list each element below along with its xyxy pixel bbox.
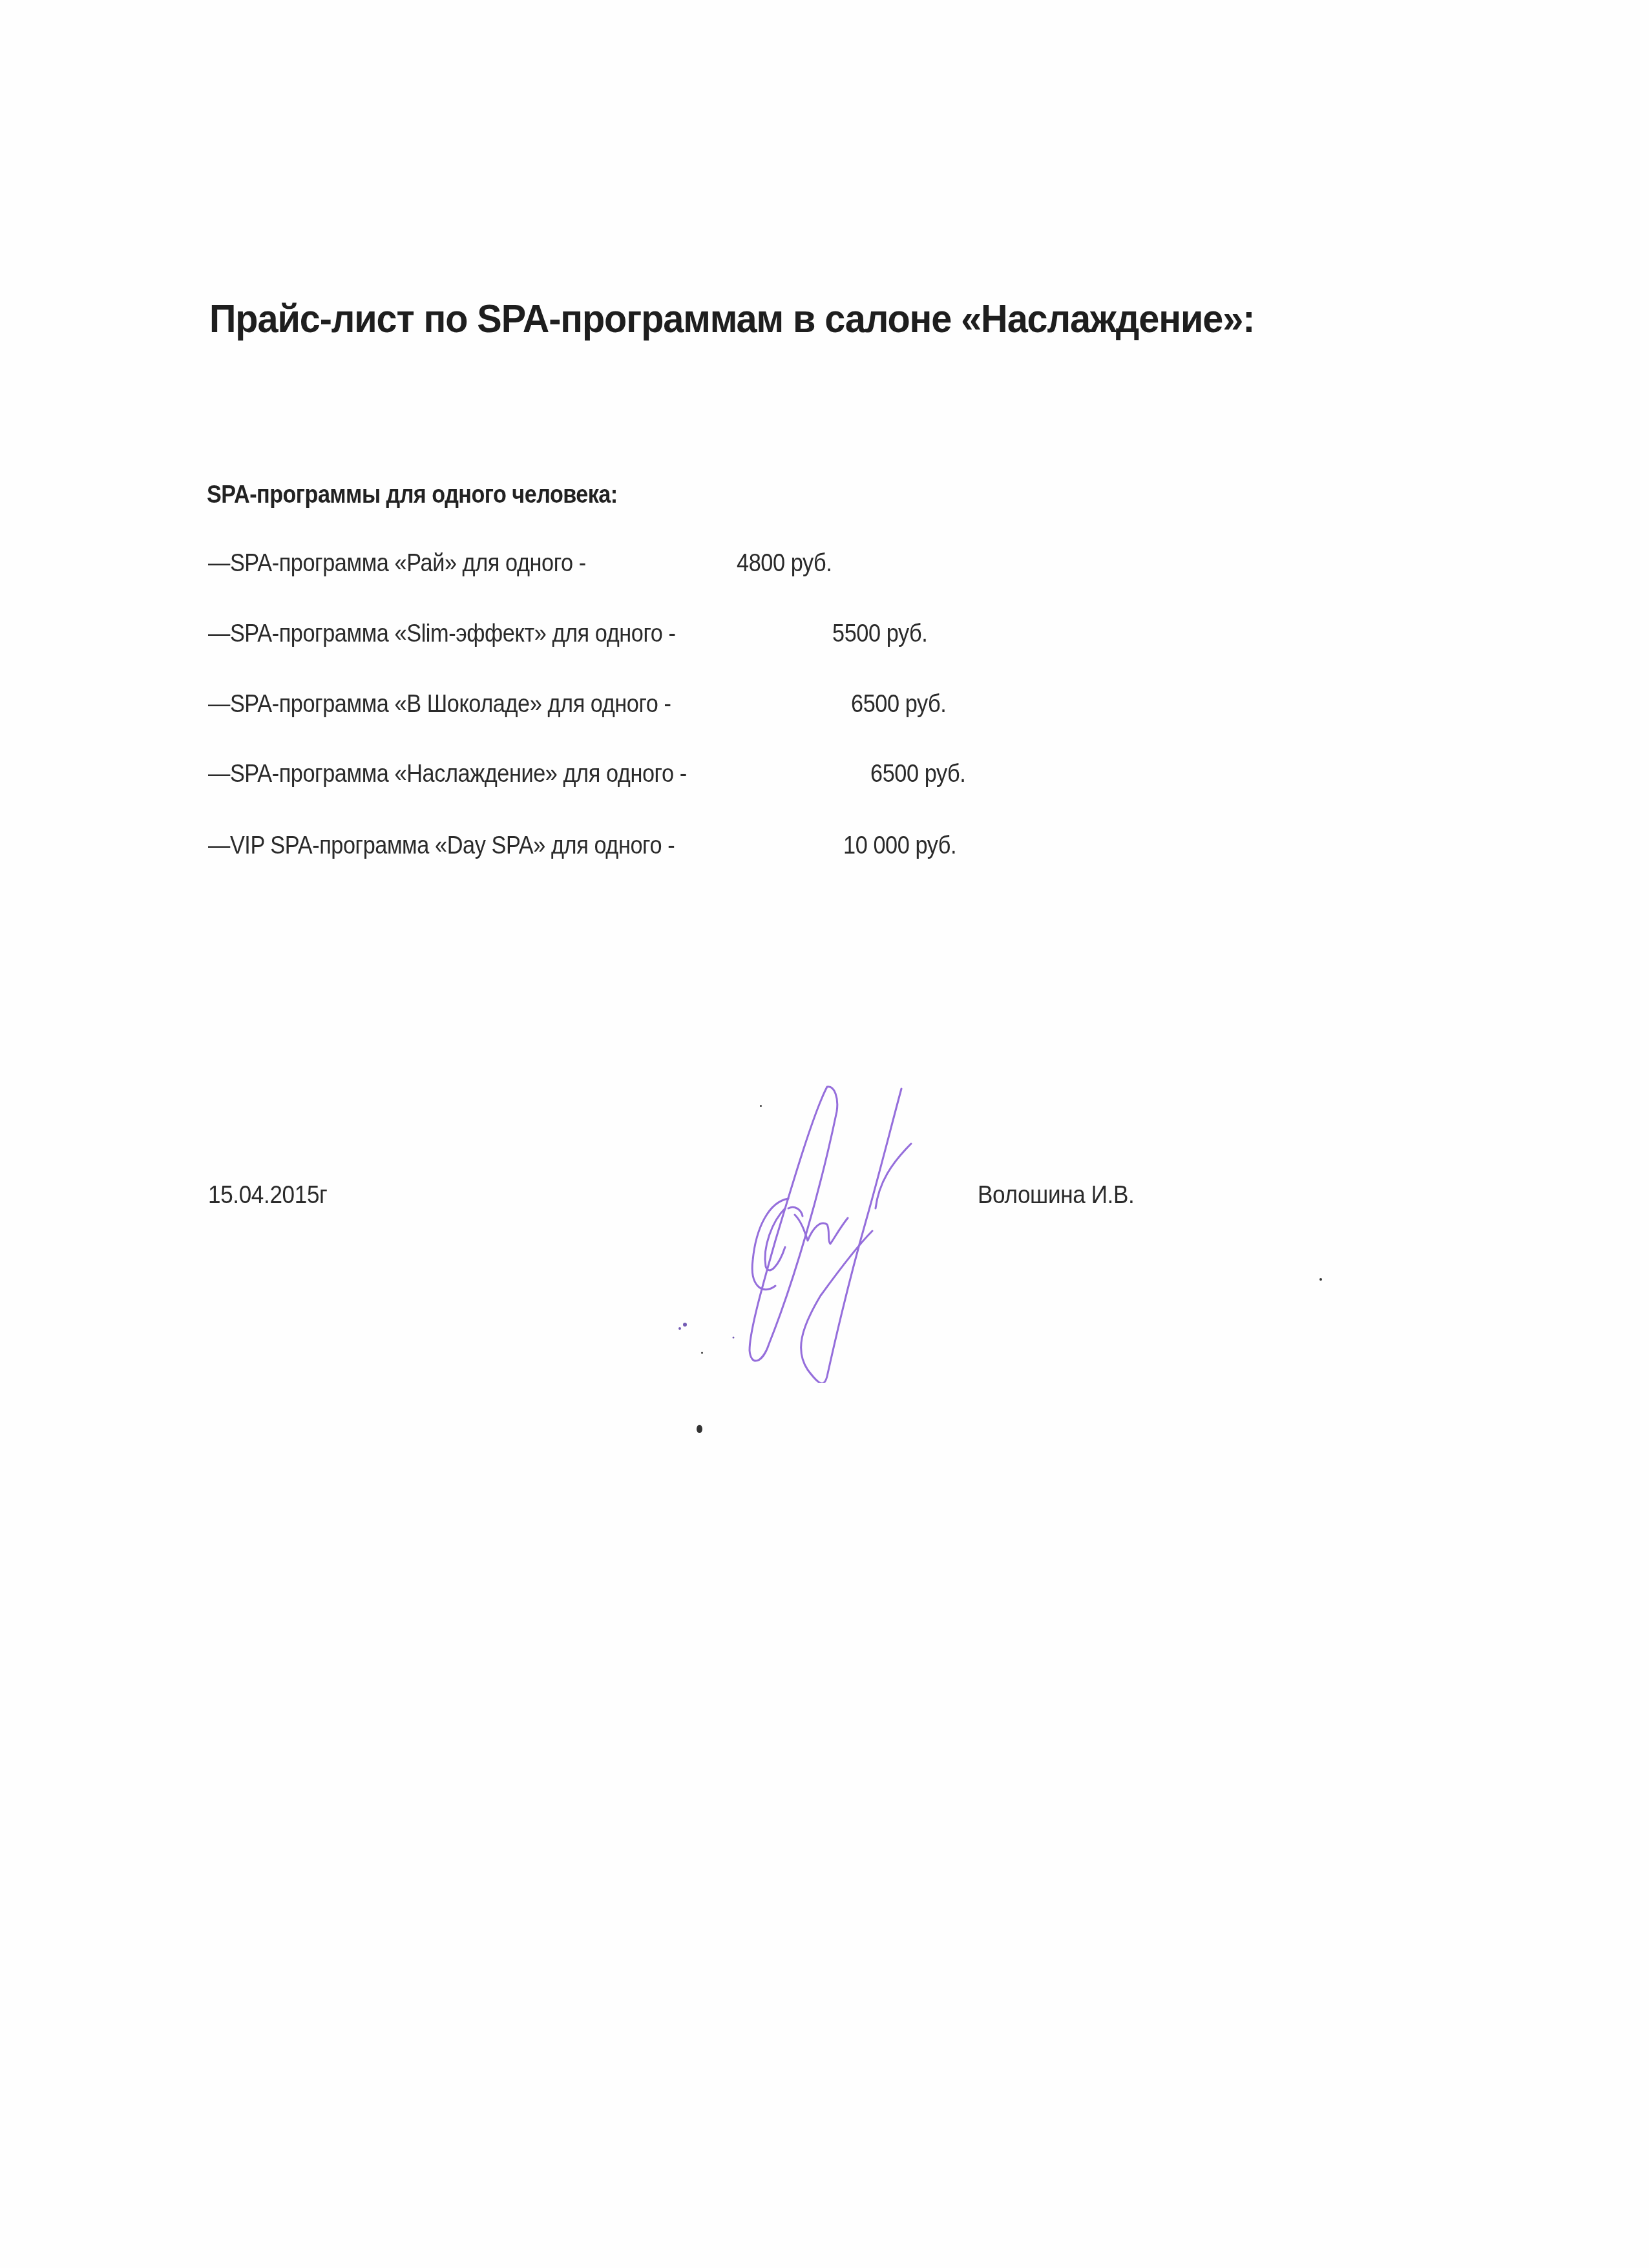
page-title: Прайс-лист по SPA-программам в салоне «Н… [209,296,1254,342]
price-list-item: —SPA-программа «Slim-эффект» для одного … [208,620,1113,652]
price-list-item: —SPA-программа «Наслаждение» для одного … [208,760,1113,792]
price-list-item: —VIP SPA-программа «Day SPA» для одного … [208,832,1113,864]
program-price: 5500 руб. [832,620,927,648]
signatory-name: Волошина И.В. [978,1181,1134,1210]
document-date: 15.04.2015г [208,1181,328,1210]
program-price: 10 000 руб. [843,832,956,860]
program-price: 6500 руб. [870,760,965,788]
program-price: 6500 руб. [851,690,946,719]
scan-speck [760,1105,762,1107]
section-heading: SPA-программы для одного человека: [207,481,618,509]
price-list-item: —SPA-программа «Рай» для одного - 4800 р… [208,549,1113,582]
program-price: 4800 руб. [737,549,832,578]
program-name: —SPA-программа «Рай» для одного - [208,549,586,578]
program-name: —SPA-программа «В Шоколаде» для одного - [208,690,671,719]
document-page: Прайс-лист по SPA-программам в салоне «Н… [0,0,1649,2268]
price-list-item: —SPA-программа «В Шоколаде» для одного -… [208,690,1113,722]
program-name: —SPA-программа «Наслаждение» для одного … [208,760,687,788]
scan-speck [701,1352,703,1354]
program-name: —VIP SPA-программа «Day SPA» для одного … [208,832,675,860]
scan-speck [1319,1278,1322,1281]
scan-speck [697,1425,702,1433]
signature-icon [666,1073,963,1383]
program-name: —SPA-программа «Slim-эффект» для одного … [208,620,676,648]
